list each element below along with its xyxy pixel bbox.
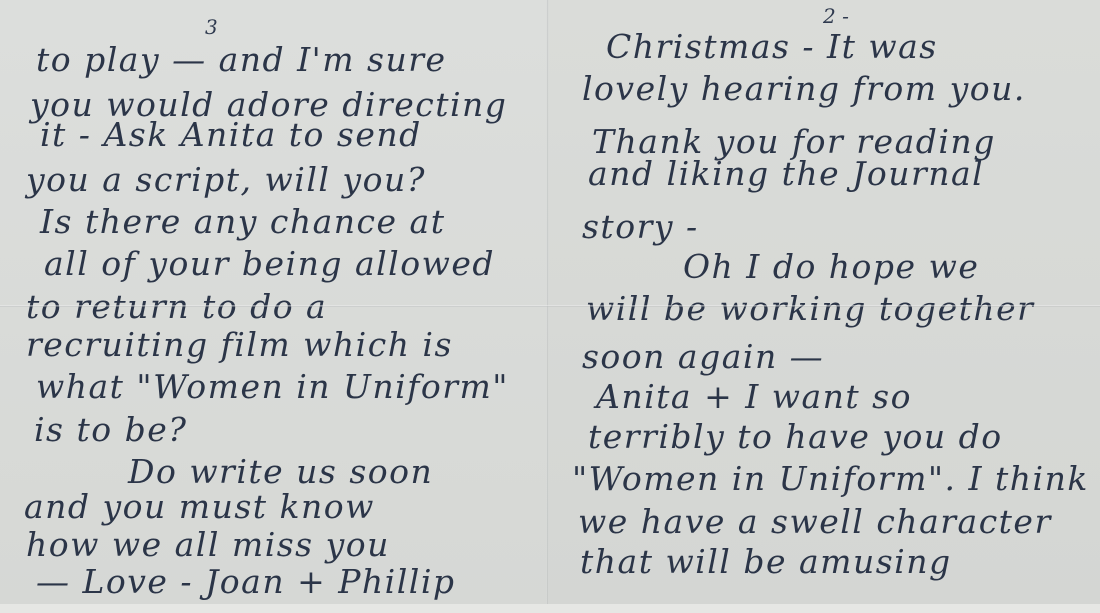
paper-bottom-edge <box>0 604 1100 613</box>
letter-line: to play — and I'm sure <box>36 43 447 76</box>
letter-line: and liking the Journal <box>588 157 984 190</box>
letter-line: recruiting film which is <box>26 328 453 361</box>
letter-line: lovely hearing from you. <box>582 72 1026 105</box>
letter-line: terribly to have you do <box>588 420 1003 453</box>
signature: — Love - Joan + Phillip <box>36 565 456 598</box>
letter-line: Do write us soon <box>128 455 433 488</box>
letter-line: will be working together <box>586 292 1034 325</box>
letter-line: we have a swell character <box>578 505 1052 538</box>
letter-line: that will be amusing <box>580 545 952 578</box>
page-number: 3 <box>205 15 218 39</box>
letter-line: you a script, will you? <box>26 163 426 196</box>
fold-line <box>0 305 1100 307</box>
letter-scan: 3 to play — and I'm sure you would adore… <box>0 0 1100 613</box>
letter-line: is to be? <box>34 413 187 446</box>
letter-line: Anita + I want so <box>596 380 912 413</box>
letter-line: how we all miss you <box>26 528 390 561</box>
letter-line: Is there any chance at <box>40 205 445 238</box>
letter-line: and you must know <box>24 490 375 523</box>
letter-line: soon again — <box>582 340 824 373</box>
letter-line: it - Ask Anita to send <box>40 118 422 151</box>
letter-line: Oh I do hope we <box>683 250 979 283</box>
letter-line: Christmas - It was <box>606 30 938 63</box>
letter-line: all of your being allowed <box>44 247 495 280</box>
page-number: 2 - <box>823 4 849 28</box>
letter-line: what "Women in Uniform" <box>36 370 509 403</box>
letter-line: story - <box>582 210 699 243</box>
letter-line: "Women in Uniform". I think <box>572 462 1089 495</box>
